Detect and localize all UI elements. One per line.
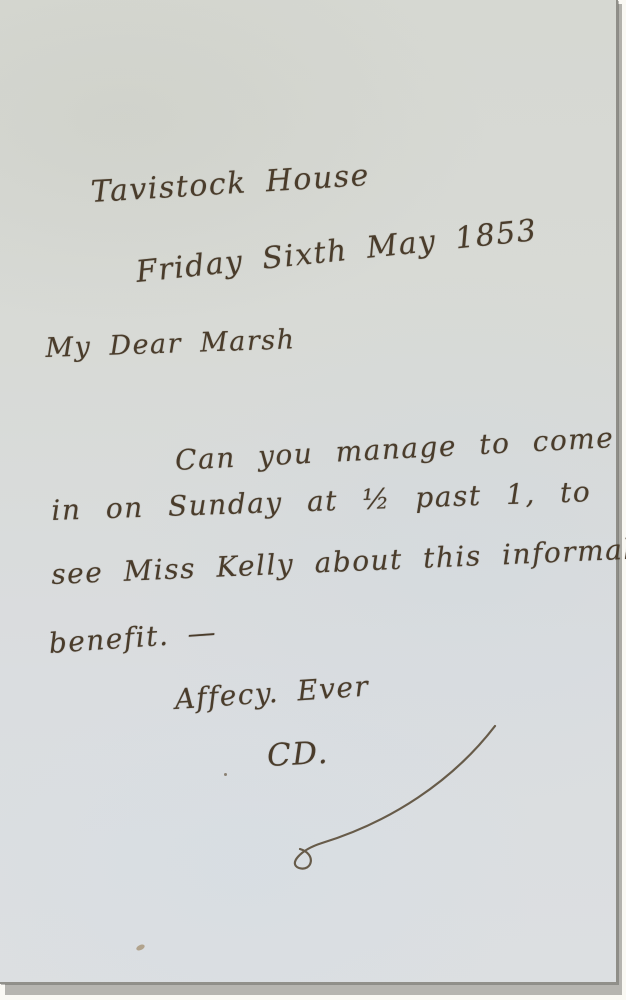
ink-speck bbox=[224, 773, 227, 776]
letter-photograph: Tavistock House Friday Sixth May 1853 My… bbox=[0, 0, 626, 1000]
body-line: see Miss Kelly about this informal bbox=[51, 533, 626, 591]
signature-line: CD. bbox=[266, 735, 330, 774]
body-line: benefit. — bbox=[48, 615, 218, 660]
date-line: Friday Sixth May 1853 bbox=[134, 213, 539, 290]
salutation-line: My Dear Marsh bbox=[45, 324, 296, 364]
body-line: Can you manage to come bbox=[174, 421, 615, 477]
paper-stain bbox=[135, 943, 145, 951]
valediction-line: Affecy. Ever bbox=[174, 669, 371, 716]
letter-paper: Tavistock House Friday Sixth May 1853 My… bbox=[0, 0, 618, 984]
body-line: in on Sunday at ½ past 1, to bbox=[51, 475, 592, 527]
address-line: Tavistock House bbox=[90, 158, 371, 210]
